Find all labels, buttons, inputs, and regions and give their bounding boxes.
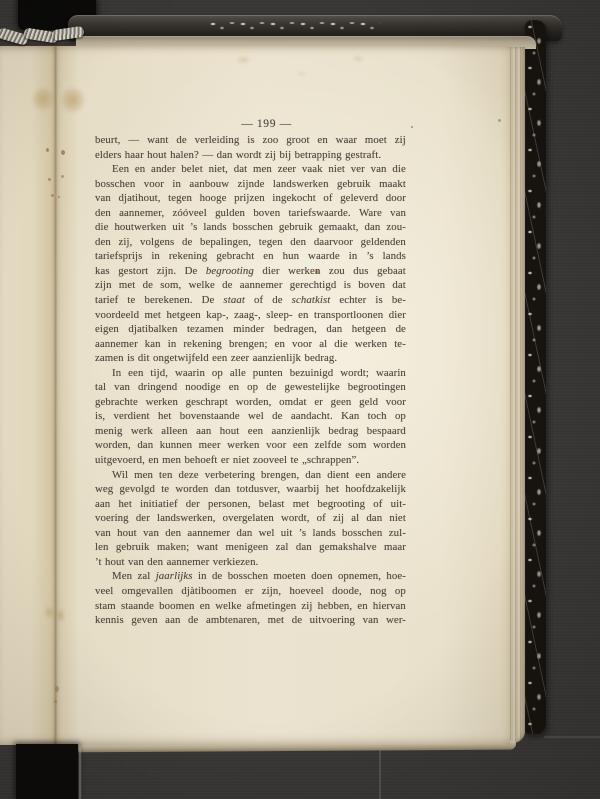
stain xyxy=(352,55,364,62)
stain xyxy=(498,119,501,122)
text-line: Eenenanderbeletniet,datmenzeervaaknietve… xyxy=(95,162,406,177)
text-line: diehoutwerkenuit’slandsbosschengebruikge… xyxy=(95,220,406,235)
stain xyxy=(60,86,86,114)
stain xyxy=(46,148,49,152)
stain xyxy=(54,700,57,703)
stain xyxy=(297,71,306,77)
stain xyxy=(58,196,60,198)
cradle-shadow xyxy=(16,744,78,799)
text-line: menigwerkalleenaanhouteenaanzienlijkbedr… xyxy=(95,424,406,439)
book-cover-marbled-fore-edge xyxy=(524,20,546,734)
text-line: eldershaarhouthalen?—danwordtzijbijbetra… xyxy=(95,148,406,163)
text-line: weggevolgdtewordendantotdusver,waarbijhe… xyxy=(95,482,406,497)
text-line: zamenisditongetwijfeldeenzeeraanzienlijk… xyxy=(95,351,406,366)
text-line: denzij,volgensdebepalingen,tegendendaarv… xyxy=(95,235,406,250)
text-line: zijnmetdesom,welkedeaannemergerechtigdis… xyxy=(95,278,406,293)
cradle-seam-line xyxy=(544,736,600,738)
text-line: kennisgevenaandeambtenaren,metdeuitvoeri… xyxy=(95,613,406,628)
stain xyxy=(31,86,55,112)
text-line: is,verdienthetbovenstaandeweldeaandacht.… xyxy=(95,409,406,424)
text-line: vanhoutvandenaannemerdanweluit’slandsbos… xyxy=(95,526,406,541)
text-line: stamstaandeboomenenwelkeafmetingenzijheb… xyxy=(95,599,406,614)
text-line: veelomgevallendjàtiboomenerzijn,hoeveeld… xyxy=(95,584,406,599)
page-text: — 199 — beurt,—wantdeverleidingiszoogroo… xyxy=(95,116,406,628)
text-line: talvandringendnoodigeenopdegewestelijkeb… xyxy=(95,380,406,395)
text-line: Wilmentendezeverbeteringbrengen,dandient… xyxy=(95,468,406,483)
stain xyxy=(56,608,65,623)
text-line: eigendjatibalkentezamenminderbedragen,da… xyxy=(95,322,406,337)
cover-marbling-flecks xyxy=(208,19,380,33)
text-line: voordeeldmethetgeenkap-,zaag-,sleep-entr… xyxy=(95,308,406,323)
page-number: — 199 — xyxy=(111,116,422,131)
stain xyxy=(236,56,251,64)
text-line: tariefsprijsinrekeninggebrachtenhunwaard… xyxy=(95,249,406,264)
text-line: vandjatihout,tegenhoogeprijzeningekochto… xyxy=(95,191,406,206)
text-lines: beurt,—wantdeverleidingiszoogrootenwaarm… xyxy=(95,133,406,628)
text-line: uitgevoerd,enmenbehoefternietzooveelte„s… xyxy=(95,453,406,468)
text-line: gebrachtewerkengeschraptworden,omdaterge… xyxy=(95,395,406,410)
text-line: bosschenvoorinaanbouwzijndelandswerkenge… xyxy=(95,177,406,192)
gutter-shadow xyxy=(54,46,57,745)
text-line: Menzaljaarlijksindebosschenmoetendoenopn… xyxy=(95,569,406,584)
stain xyxy=(48,178,51,181)
text-line: ’thoutvandenaannemerverkiezen. xyxy=(95,555,406,570)
stain xyxy=(61,175,64,178)
cradle-edge-line xyxy=(79,747,81,799)
stain xyxy=(55,686,59,692)
page-stack-right-edge xyxy=(508,47,525,743)
text-line: worden,dankunnenmeerwerkenvooreenzelfdes… xyxy=(95,438,406,453)
stain xyxy=(51,194,54,197)
text-line: aanhetinitiatiefderpersonen,belastmetbeg… xyxy=(95,497,406,512)
stain xyxy=(61,150,65,155)
text-line: aannemerkaninrekeningbrengen;envooraldie… xyxy=(95,337,406,352)
book-scan-photo: — 199 — beurt,—wantdeverleidingiszoogroo… xyxy=(0,0,600,799)
text-line: voeringderlandswerken,overgelatenwordt,o… xyxy=(95,511,406,526)
text-line: denaannemer,zóóveelguldenboventariefswaa… xyxy=(95,206,406,221)
text-line: lengebruikmaken;wantmenigeenzaldangemaks… xyxy=(95,540,406,555)
text-line: kasgestortzijn.Debegrootingdierwerkenzou… xyxy=(95,264,406,279)
text-line: beurt,—wantdeverleidingiszoogrootenwaarm… xyxy=(95,133,406,148)
text-line: tariefteberekenen.Destaatofdeschatkistec… xyxy=(95,293,406,308)
cradle-edge-line xyxy=(379,750,381,799)
text-line: Ineentijd,waarinopallepuntenbezuinigdwor… xyxy=(95,366,406,381)
stain xyxy=(44,606,55,619)
